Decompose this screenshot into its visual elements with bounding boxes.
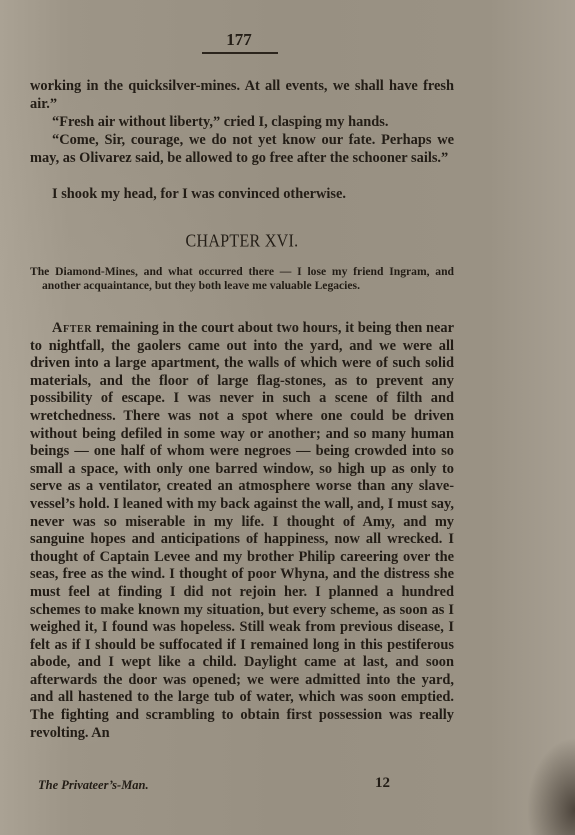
continuation-paragraph: working in the quicksilver-mines. At all… [30,78,454,113]
footer-book-title: The Privateer’s-Man. [38,778,149,793]
chapter-heading: CHAPTER XVI. [30,232,454,253]
chapter-opening-word: After [52,320,92,336]
page-number: 177 [200,30,278,50]
signature-mark: 12 [375,775,390,792]
chapter-body-paragraph: After remaining in the court about two h… [30,320,454,742]
dialogue-paragraph: “Fresh air without liberty,” cried I, cl… [30,114,454,132]
dialogue-paragraph: I shook my head, for I was convinced oth… [30,186,454,204]
chapter-body-text: remaining in the court about two hours, … [30,320,454,741]
header-rule [202,52,278,54]
book-page: 177 working in the quicksilver-mines. At… [0,0,575,835]
chapter-summary: The Diamond-Mines, and what occurred the… [30,265,454,294]
dialogue-paragraph: “Come, Sir, courage, we do not yet know … [30,132,454,167]
